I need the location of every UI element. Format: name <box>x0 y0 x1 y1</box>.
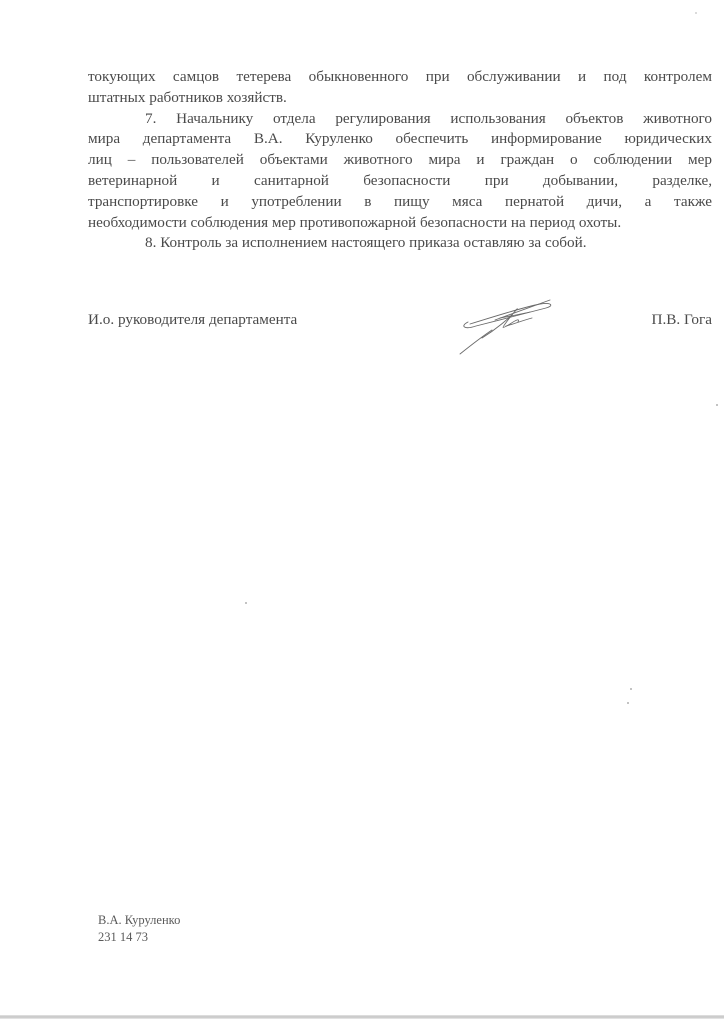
signatory-name: П.В. Гога <box>652 311 713 329</box>
text-line: 8. Контроль за исполнением настоящего пр… <box>88 233 712 254</box>
signature-block: И.о. руководителя департамента П.В. Гога <box>88 311 712 335</box>
text-line: ветеринарной и санитарной безопасности п… <box>88 171 712 192</box>
executor-name: В.А. Куруленко <box>98 912 180 929</box>
document-body: токующих самцов тетерева обыкновенного п… <box>88 67 712 254</box>
paragraph-item-8: 8. Контроль за исполнением настоящего пр… <box>88 233 712 254</box>
scan-artifact <box>630 688 632 690</box>
handwritten-signature-icon <box>440 290 600 360</box>
paragraph-item-7: 7. Начальнику отдела регулирования испол… <box>88 109 712 234</box>
scan-bottom-edge <box>0 1015 724 1019</box>
scan-artifact <box>716 404 718 406</box>
executor-contact: В.А. Куруленко 231 14 73 <box>98 912 180 946</box>
scan-artifact <box>695 12 697 14</box>
text-line: штатных работников хозяйств. <box>88 88 712 109</box>
paragraph-continuation: токующих самцов тетерева обыкновенного п… <box>88 67 712 109</box>
scan-artifact <box>627 702 629 704</box>
text-line: необходимости соблюдения мер противопожа… <box>88 213 712 234</box>
text-line: транспортировке и употреблении в пищу мя… <box>88 192 712 213</box>
document-page: токующих самцов тетерева обыкновенного п… <box>0 0 724 1024</box>
text-line: мира департамента В.А. Куруленко обеспеч… <box>88 129 712 150</box>
text-line: 7. Начальнику отдела регулирования испол… <box>88 109 712 130</box>
executor-phone: 231 14 73 <box>98 929 180 946</box>
text-line: лиц – пользователей объектами животного … <box>88 150 712 171</box>
scan-artifact <box>245 602 247 604</box>
signatory-title: И.о. руководителя департамента <box>88 311 297 329</box>
text-line: токующих самцов тетерева обыкновенного п… <box>88 67 712 88</box>
